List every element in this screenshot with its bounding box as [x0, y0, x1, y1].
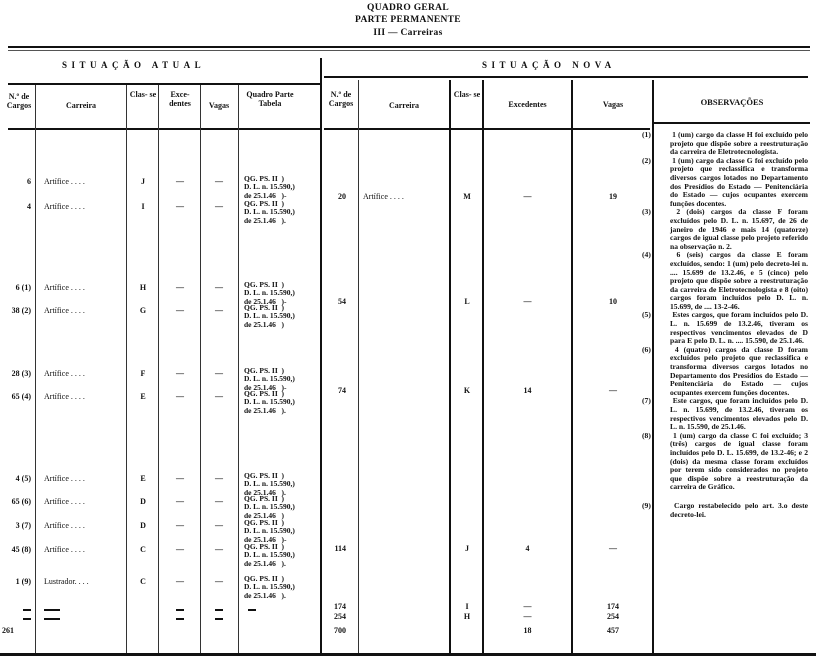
- dash-mark: [200, 614, 238, 623]
- observacao-text: 1 (um) cargo da classe G foi excluído pe…: [670, 156, 808, 208]
- cell-excedentes: —: [160, 283, 200, 292]
- observacao-text: 6 (seis) cargos da classe E foram excluí…: [670, 250, 808, 311]
- cell-quadro: QG. PS. II ) D. L. n. 15.590,) de 25.1.4…: [244, 543, 320, 568]
- document-subtitle: PARTE PERMANENTE: [0, 15, 816, 25]
- cell-n-cargos: 114: [324, 544, 346, 553]
- header-rule-left: [8, 128, 320, 130]
- col-divider: [652, 80, 654, 653]
- cell-excedentes: —: [484, 192, 571, 201]
- col-divider: [358, 80, 359, 653]
- observacoes-list: (1) 1 (um) cargo da classe H foi excluíd…: [656, 131, 808, 519]
- cell-n-cargos: 54: [324, 297, 346, 306]
- top-rule-thin: [8, 50, 810, 51]
- total-vagas-nova: 457: [574, 626, 652, 635]
- cell-vagas: —: [200, 474, 238, 483]
- observacao-text: Estes cargos, que foram incluídos pelo D…: [670, 310, 808, 345]
- observacao-number: (8): [656, 432, 670, 441]
- total-excedentes-nova: 18: [484, 626, 571, 635]
- dash-mark: [0, 605, 31, 614]
- cell-quadro: QG. PS. II ) D. L. n. 15.590,) de 25.1.4…: [244, 304, 320, 329]
- cell-classe: J: [452, 544, 482, 553]
- cell-quadro: QG. PS. II ) D. L. n. 15.590,) de 25.1.4…: [244, 175, 320, 200]
- cell-carreira: Artífice . . . .: [44, 202, 126, 211]
- header-quadro-atual: Quadro Parte Tabela: [240, 90, 300, 108]
- cell-n-cargos: 1 (9): [0, 577, 31, 586]
- cell-classe: D: [128, 521, 158, 530]
- header-vagas-atual: Vagas: [200, 101, 238, 110]
- dash-mark: [44, 605, 84, 614]
- cell-classe: F: [128, 369, 158, 378]
- section-rule-left: [8, 83, 320, 85]
- header-classe-nova: Clas- se: [452, 90, 482, 99]
- cell-n-cargos: 3 (7): [0, 521, 31, 530]
- cell-vagas: —: [200, 177, 238, 186]
- cell-vagas: —: [574, 386, 652, 395]
- observacao-item: (8) 1 (um) cargo da classe C foi excluíd…: [656, 432, 808, 492]
- cell-excedentes: —: [484, 612, 571, 621]
- cell-n-cargos: 254: [324, 612, 346, 621]
- dash-mark: [200, 605, 238, 614]
- col-divider: [126, 85, 127, 653]
- header-carreira-atual: Carreira: [36, 101, 126, 110]
- col-divider: [482, 80, 484, 653]
- cell-carreira: Artífice . . . .: [44, 369, 126, 378]
- cell-vagas: —: [200, 392, 238, 401]
- observacao-item: (5) Estes cargos, que foram incluídos pe…: [656, 311, 808, 345]
- cell-carreira: Artífice . . . .: [44, 306, 126, 315]
- cell-classe: D: [128, 497, 158, 506]
- cell-classe: H: [452, 612, 482, 621]
- header-rule-obs: [652, 122, 810, 124]
- cell-vagas: —: [200, 306, 238, 315]
- cell-vagas: 174: [574, 602, 652, 611]
- cell-carreira: Artífice . . . .: [44, 521, 126, 530]
- observacao-text: 2 (dois) cargos da classe F foram excluí…: [670, 207, 808, 250]
- cell-vagas: —: [200, 521, 238, 530]
- cell-vagas: 254: [574, 612, 652, 621]
- observacao-item: (2) 1 (um) cargo da classe G foi excluíd…: [656, 157, 808, 209]
- cell-quadro: QG. PS. II ) D. L. n. 15.590,) de 25.1.4…: [244, 390, 320, 415]
- cell-carreira: Artífice . . . .: [44, 545, 126, 554]
- section-situacao-nova: SITUAÇÃO NOVA: [482, 60, 616, 70]
- cell-vagas: —: [200, 283, 238, 292]
- total-n-nova: 700: [324, 626, 346, 635]
- cell-classe: K: [452, 386, 482, 395]
- cell-vagas: —: [200, 577, 238, 586]
- top-rule: [8, 46, 810, 48]
- observacao-item: (4) 6 (seis) cargos da classe E foram ex…: [656, 251, 808, 311]
- observacao-text: Este cargos, que foram incluídos pelo D.…: [670, 396, 808, 431]
- observacao-text: Cargo restabelecido pelo art. 3.o deste …: [670, 501, 808, 519]
- observacao-item: (3) 2 (dois) cargos da classe F foram ex…: [656, 208, 808, 251]
- cell-classe: C: [128, 545, 158, 554]
- header-excedentes-atual: Exce- dentes: [160, 90, 200, 108]
- cell-classe: J: [128, 177, 158, 186]
- cell-vagas: —: [200, 202, 238, 211]
- cell-excedentes: —: [160, 202, 200, 211]
- observacao-item: (7) Este cargos, que foram incluídos pel…: [656, 397, 808, 431]
- cell-classe: I: [452, 602, 482, 611]
- cell-classe: H: [128, 283, 158, 292]
- cell-classe: L: [452, 297, 482, 306]
- cell-n-cargos: 174: [324, 602, 346, 611]
- cell-classe: G: [128, 306, 158, 315]
- cell-carreira: Lustrador. . . .: [44, 577, 126, 586]
- cell-vagas: —: [574, 544, 652, 553]
- observacao-number: (7): [656, 397, 670, 406]
- cell-excedentes: —: [160, 369, 200, 378]
- observacao-number: (6): [656, 346, 670, 355]
- cell-classe: I: [128, 202, 158, 211]
- cell-vagas: —: [200, 497, 238, 506]
- observacao-item: (6) 4 (quatro) cargos da classe D foram …: [656, 346, 808, 398]
- cell-quadro: QG. PS. II ) D. L. n. 15.590,) de 25.1.4…: [244, 200, 320, 225]
- observacao-text: 1 (um) cargo da classe C foi excluído; 3…: [670, 431, 808, 492]
- cell-quadro: QG. PS. II ) D. L. n. 15.590,) de 25.1.4…: [244, 575, 320, 600]
- cell-carreira: Artífice . . . .: [44, 177, 126, 186]
- header-rule-mid: [324, 128, 650, 130]
- cell-carreira: Artífice . . . .: [44, 474, 126, 483]
- cell-n-cargos: 65 (4): [0, 392, 31, 401]
- cell-classe: E: [128, 474, 158, 483]
- section-situacao-atual: SITUAÇÃO ATUAL: [62, 60, 205, 70]
- header-carreira-nova: Carreira: [360, 101, 448, 110]
- cell-vagas: —: [200, 369, 238, 378]
- dash-mark: [0, 614, 31, 623]
- cell-classe: M: [452, 192, 482, 201]
- cell-n-cargos: 6: [0, 177, 31, 186]
- cell-excedentes: 14: [484, 386, 571, 395]
- col-divider: [571, 80, 573, 653]
- cell-quadro: QG. PS. II ) D. L. n. 15.590,) de 25.1.4…: [244, 495, 320, 520]
- observacao-number: (9): [656, 502, 670, 511]
- dash-mark: [44, 614, 84, 623]
- dash-mark: [160, 605, 200, 614]
- cell-n-cargos: 38 (2): [0, 306, 31, 315]
- cell-n-cargos: 45 (8): [0, 545, 31, 554]
- cell-classe: C: [128, 577, 158, 586]
- observacao-number: (3): [656, 208, 670, 217]
- cell-carreira: Artífice . . . .: [44, 392, 126, 401]
- header-excedentes-nova: Excedentes: [484, 100, 571, 109]
- header-n-cargos-nova: N.º de Cargos: [324, 90, 358, 108]
- cell-quadro: QG. PS. II ) D. L. n. 15.590,) de 25.1.4…: [244, 519, 320, 544]
- header-vagas-nova: Vagas: [574, 100, 652, 109]
- observacao-number: (2): [656, 157, 670, 166]
- cell-excedentes: —: [160, 392, 200, 401]
- dash-mark: [160, 614, 200, 623]
- document-section: III — Carreiras: [0, 28, 816, 38]
- cell-excedentes: —: [160, 521, 200, 530]
- cell-carreira: Artífice . . . .: [44, 283, 126, 292]
- cell-vagas: 19: [574, 192, 652, 201]
- cell-excedentes: —: [160, 577, 200, 586]
- cell-vagas: 10: [574, 297, 652, 306]
- cell-n-cargos: 65 (6): [0, 497, 31, 506]
- observacao-text: 1 (um) cargo da classe H foi excluído pe…: [670, 130, 808, 156]
- section-rule-right: [324, 76, 808, 78]
- cell-excedentes: —: [160, 177, 200, 186]
- cell-excedentes: —: [484, 297, 571, 306]
- cell-n-cargos: 20: [324, 192, 346, 201]
- total-atual: 261: [2, 626, 32, 635]
- observacao-item: (9) Cargo restabelecido pelo art. 3.o de…: [656, 502, 808, 519]
- cell-excedentes: —: [160, 306, 200, 315]
- cell-excedentes: 4: [484, 544, 571, 553]
- observacao-text: 4 (quatro) cargos da classe D foram excl…: [670, 345, 808, 397]
- cell-n-cargos: 6 (1): [0, 283, 31, 292]
- cell-n-cargos: 74: [324, 386, 346, 395]
- cell-excedentes: —: [484, 602, 571, 611]
- document-title: QUADRO GERAL: [0, 3, 816, 13]
- col-divider: [449, 80, 451, 653]
- cell-n-cargos: 28 (3): [0, 369, 31, 378]
- section-divider: [320, 58, 322, 653]
- col-divider: [238, 85, 239, 653]
- cell-carreira: Artífice . . . .: [363, 192, 449, 201]
- observacao-number: (4): [656, 251, 670, 260]
- col-divider: [35, 85, 36, 653]
- cell-n-cargos: 4: [0, 202, 31, 211]
- header-n-cargos-atual: N.º de Cargos: [2, 92, 36, 110]
- cell-carreira: Artífice . . . .: [44, 497, 126, 506]
- cell-excedentes: —: [160, 545, 200, 554]
- cell-excedentes: —: [160, 497, 200, 506]
- header-classe-atual: Clas- se: [128, 90, 158, 99]
- cell-n-cargos: 4 (5): [0, 474, 31, 483]
- observacao-number: (5): [656, 311, 670, 320]
- cell-vagas: —: [200, 545, 238, 554]
- col-divider: [158, 85, 159, 653]
- observacao-number: (1): [656, 131, 670, 140]
- bottom-rule: [0, 653, 816, 656]
- dash-mark: [248, 605, 288, 614]
- observacao-item: (1) 1 (um) cargo da classe H foi excluíd…: [656, 131, 808, 157]
- cell-excedentes: —: [160, 474, 200, 483]
- header-observacoes: OBSERVAÇÕES: [654, 98, 810, 107]
- cell-classe: E: [128, 392, 158, 401]
